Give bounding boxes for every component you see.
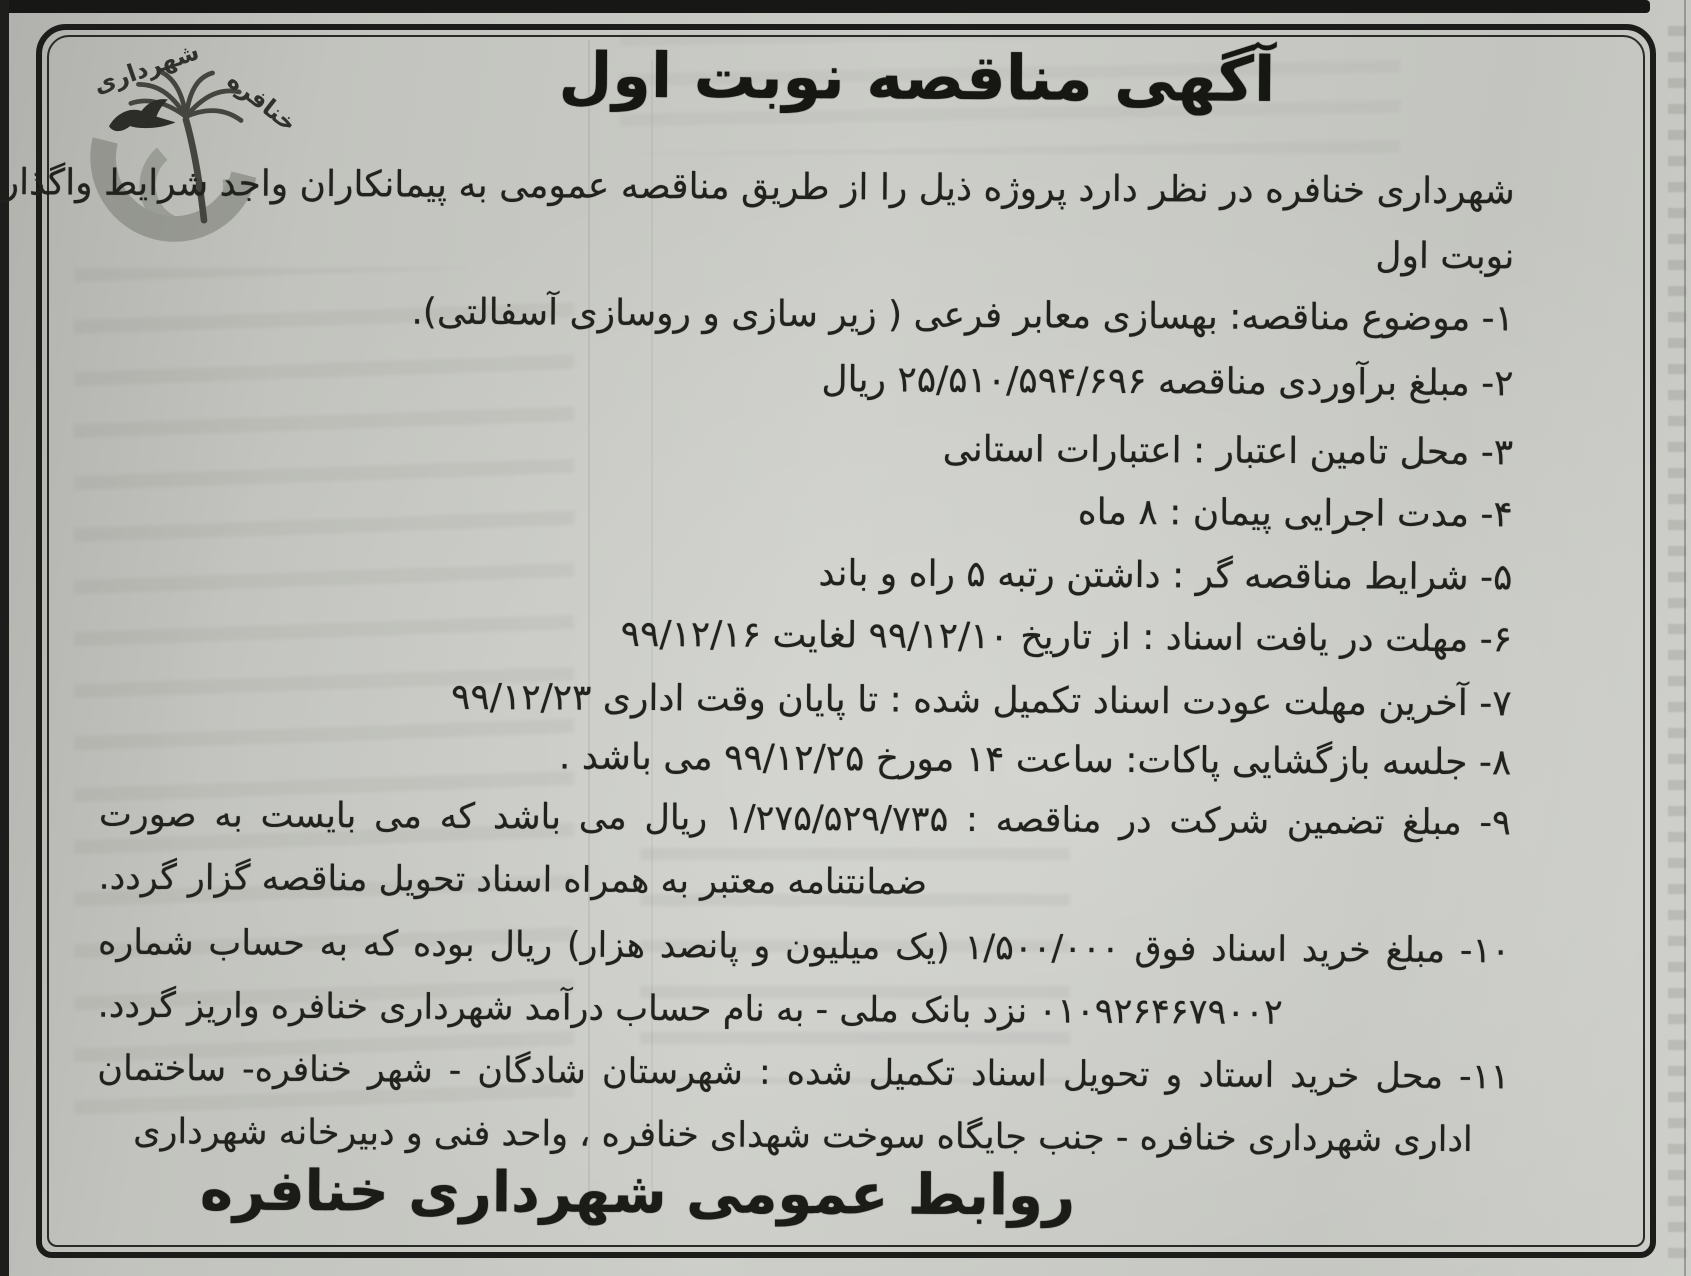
newspaper-scan: { "logo": { "name_word1": "شهرداری", "na…	[0, 0, 1691, 1276]
tender-item-1: ۱- موضوع مناقصه: بهسازی معابر فرعی ( زیر…	[102, 286, 1514, 345]
tender-item-3: ۳- محل تامین اعتبار : اعتبارات استانی	[101, 420, 1513, 479]
intro-paragraph-line2: نوبت اول	[102, 224, 1514, 283]
tender-item-2: ۲- مبلغ برآوردی مناقصه ۲۵/۵۱۰/۵۹۴/۶۹۶ ری…	[101, 351, 1513, 410]
intro-paragraph-line1: شهرداری خنافره در نظر دارد پروژه ذیل را …	[103, 159, 1515, 218]
tender-item-6: ۶- مهلت در یافت اسناد : از تاریخ ۹۹/۱۲/۱…	[100, 607, 1512, 666]
signature: روابط عمومی شهرداری خنافره	[96, 1158, 1508, 1232]
tender-item-8: ۸- جلسه بازگشایی پاکات: ساعت ۱۴ مورخ ۹۹/…	[99, 730, 1511, 789]
tender-item-11: ۱۱- محل خرید استاد و تحویل اسناد تکمیل ش…	[97, 1038, 1510, 1173]
tender-item-7: ۷- آخرین مهلت عودت اسناد تکمیل شده : تا …	[99, 671, 1511, 730]
tender-item-10: ۱۰- مبلغ خرید اسناد فوق ۱/۵۰۰/۰۰۰ (یک می…	[98, 912, 1511, 1047]
tender-notice-body: آگهی مناقصه نوبت اول شهرداری خنافره در ن…	[96, 0, 1516, 1276]
tender-item-4: ۴- مدت اجرایی پیمان : ۸ ماه	[101, 482, 1513, 541]
tender-item-5: ۵- شرایط مناقصه گر : داشتن رتبه ۵ راه و …	[100, 545, 1512, 604]
page-title: آگهی مناقصه نوبت اول	[103, 36, 1515, 118]
paper-bleedthrough	[1668, 20, 1686, 1258]
tender-item-9: ۹- مبلغ تضمین شرکت در مناقصه : ۱/۲۷۵/۵۲۹…	[98, 784, 1511, 919]
